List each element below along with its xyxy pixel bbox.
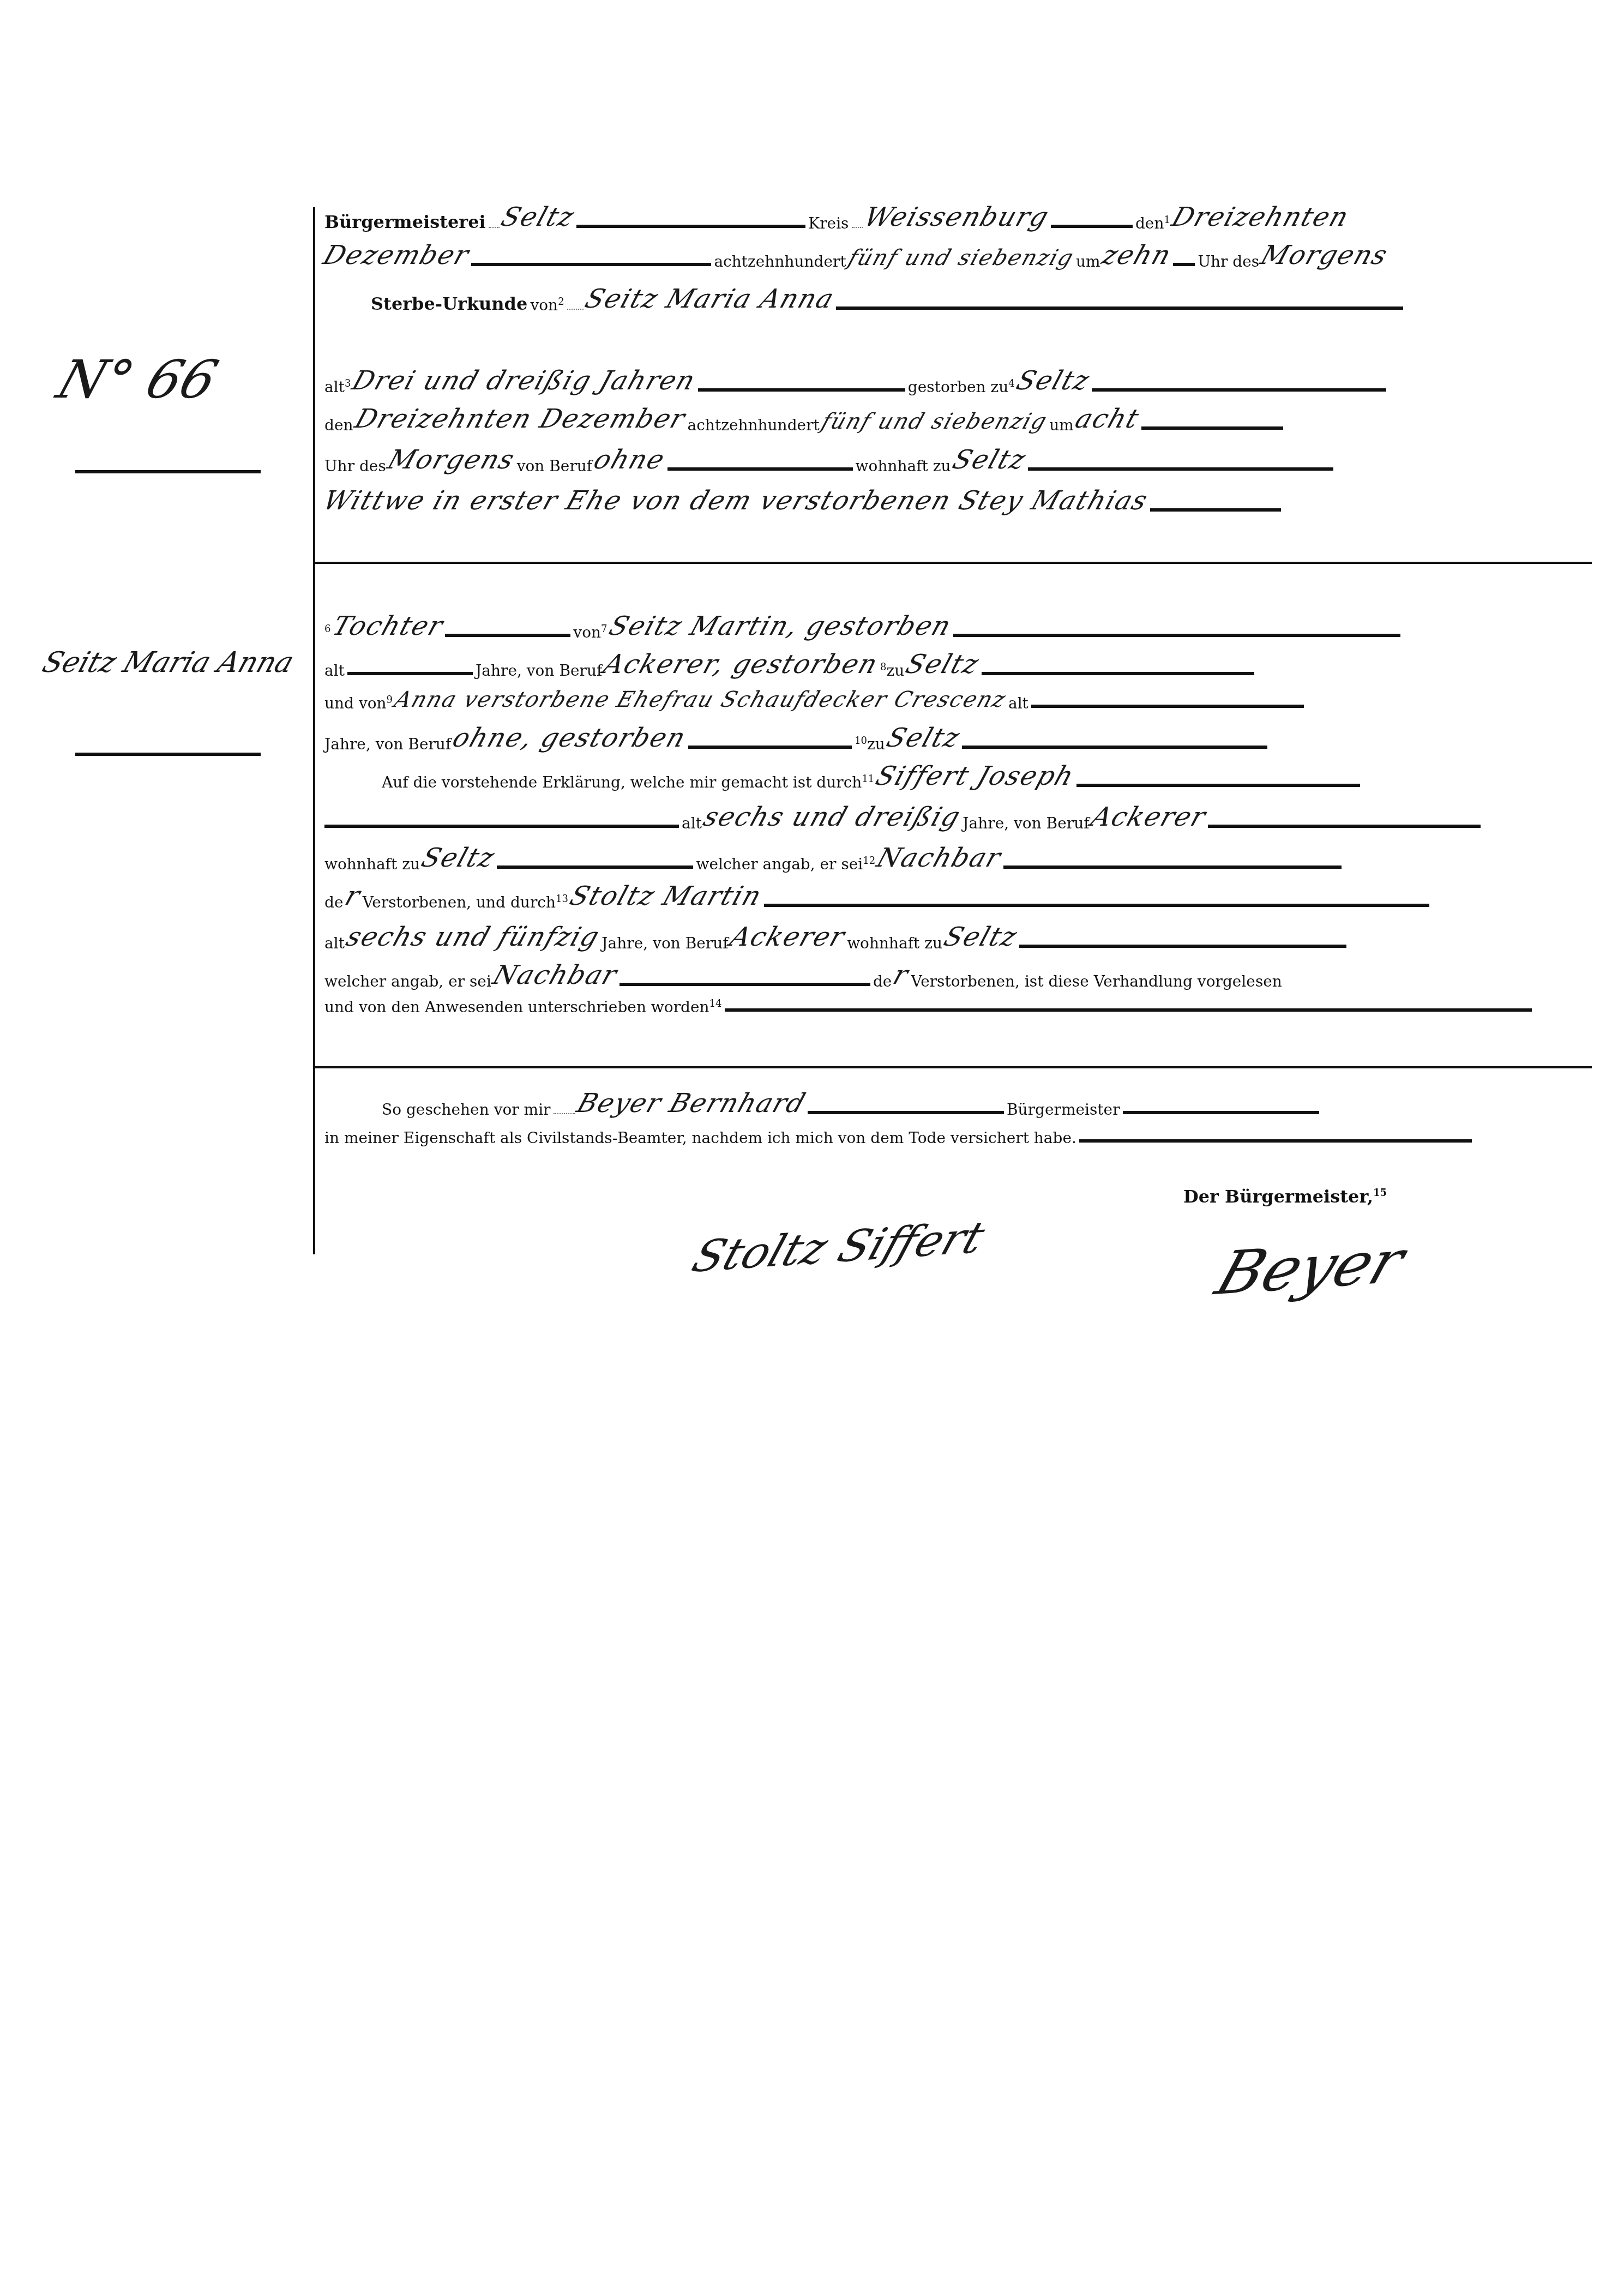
parents-row-mother-occupation: Jahre, von Beruf ohne, gestorben 10zu Se… [324, 723, 1590, 755]
label-alt: alt [324, 662, 345, 680]
witness2-relation-value: Nachbar [489, 960, 622, 990]
record-number: N° 66 [50, 349, 225, 410]
witness2-row-relation: welcher angab, er sei Nachbar de r Verst… [324, 960, 1590, 993]
date-year-value: fünf und siebenzig [845, 245, 1077, 271]
mayor-name-value: Beyer Bernhard [573, 1088, 810, 1119]
label-achtzehnhundert: achtzehnhundert [714, 253, 846, 271]
mayor-signature: Beyer [1207, 1227, 1413, 1308]
death-place-value: Seltz [1013, 365, 1094, 396]
deceased-name-value: Seitz Maria Anna [581, 284, 839, 314]
father-place-value: Seltz [902, 649, 983, 680]
label-de: de [324, 893, 344, 911]
form-left-border [313, 207, 315, 1254]
label-um: um [1049, 416, 1074, 434]
witness2-residence-value: Seltz [940, 922, 1021, 952]
label-welcher-angab: welcher angab, er sei [324, 972, 491, 990]
label-so-geschehen: So geschehen vor mir [382, 1101, 550, 1119]
parents-row-mother: und von9 Anna verstorbene Ehefrau Schauf… [324, 687, 1590, 720]
label-welcher-angab: welcher angab, er sei12 [696, 855, 875, 873]
mother-place-value: Seltz [883, 723, 964, 753]
label-sterbe-urkunde: Sterbe-Urkunde [371, 293, 527, 314]
label-wohnhaft-zu: wohnhaft zu [847, 934, 942, 952]
time-hour-value: zehn [1098, 240, 1176, 271]
label-signed: und von den Anwesenden unterschrieben wo… [324, 998, 721, 1016]
label-den: den [324, 416, 353, 434]
death-row-date: den Dreizehnten Dezember achtzehnhundert… [324, 404, 1590, 436]
label-und-von: und von9 [324, 694, 393, 712]
label-jahre-von-beruf: Jahre, von Beruf [324, 735, 451, 753]
header-row-1: Bürgermeisterei Seltz Kreis Weissenburg … [324, 202, 1590, 235]
relation-value: Tochter [328, 611, 447, 641]
label-zu: 8zu [880, 662, 904, 680]
label-um: um [1076, 253, 1100, 271]
time-period-value: Morgens [1257, 240, 1392, 271]
label-buergermeister: Bürgermeister [1007, 1101, 1120, 1119]
margin-deceased-name: Seitz Maria Anna [38, 646, 298, 679]
section-rule [313, 1066, 1592, 1068]
witness1-residence-value: Seltz [418, 843, 499, 873]
label-verstorbenen-und-durch: Verstorbenen, und durch13 [363, 893, 568, 911]
label-jahre-von-beruf: Jahre, von Beruf [476, 662, 602, 680]
label-wohnhaft-zu: wohnhaft zu [856, 457, 951, 475]
parents-row-father: 6 Tochter von7 Seitz Martin, gestorben [324, 611, 1590, 644]
remark-value: Wittwe in erster Ehe von dem verstorbene… [320, 485, 1152, 516]
label-alt: alt [682, 814, 702, 832]
label-von-beruf: von Beruf [517, 457, 593, 475]
parents-row-father-occupation: alt Jahre, von Beruf Ackerer, gestorben … [324, 649, 1590, 682]
label-der-buergermeister: Der Bürgermeister,15 [1183, 1186, 1387, 1207]
buergermeisterei-value: Seltz [497, 202, 579, 232]
section-rule [313, 562, 1592, 564]
label-zu: 10zu [855, 735, 885, 753]
kreis-value: Weissenburg [861, 202, 1053, 232]
witness2-name-value: Stoltz Martin [566, 881, 766, 911]
declaration-intro-text: Auf die vorstehende Erklärung, welche mi… [382, 773, 874, 791]
death-row-age: alt3 Drei und dreißig Jahren gestorben z… [324, 365, 1590, 398]
label-de: de [873, 972, 892, 990]
death-row-time: Uhr des Morgens von Beruf ohne wohnhaft … [324, 444, 1590, 477]
attestation-row-2: in meiner Eigenschaft als Civilstands-Be… [324, 1129, 1590, 1162]
label-uhr-des: Uhr des [1198, 253, 1259, 271]
witness2-occupation-value: Ackerer [726, 922, 850, 952]
label-von: von2 [530, 296, 564, 314]
label-den: den1 [1135, 214, 1170, 232]
declaration-signed: und von den Anwesenden unterschrieben wo… [324, 998, 1590, 1031]
witness1-occupation-value: Ackerer [1087, 802, 1211, 832]
declaration-intro: Auf die vorstehende Erklärung, welche mi… [382, 761, 1624, 794]
label-kreis: Kreis [808, 214, 849, 232]
death-row-remark: Wittwe in erster Ehe von dem verstorbene… [324, 485, 1590, 518]
father-occupation-value: Ackerer, gestorben [600, 649, 882, 680]
label-jahre-von-beruf: Jahre, von Beruf [602, 934, 728, 952]
margin-divider [75, 753, 261, 756]
date-day-value: Dreizehnten [1168, 202, 1354, 232]
label-buergermeisterei: Bürgermeisterei [324, 212, 486, 232]
death-hour-value: acht [1072, 404, 1144, 434]
witness1-relation-value: Nachbar [873, 843, 1006, 873]
attestation-statement: in meiner Eigenschaft als Civilstands-Be… [324, 1129, 1076, 1147]
label-gestorben-zu: gestorben zu4 [908, 378, 1015, 396]
label-jahre-von-beruf: Jahre, von Beruf [963, 814, 1089, 832]
label-closing: Verstorbenen, ist diese Verhandlung vorg… [911, 972, 1282, 990]
header-row-3: Sterbe-Urkunde von2 Seitz Maria Anna [371, 284, 1624, 316]
label-alt: alt [1008, 694, 1028, 712]
header-row-2: Dezember achtzehnhundert fünf und sieben… [324, 240, 1590, 273]
witness2-row-age: alt sechs und fünfzig Jahre, von Beruf A… [324, 922, 1590, 954]
witness1-name-value: Siffert Joseph [872, 761, 1079, 791]
witness1-age-value: sechs und dreißig [700, 802, 965, 832]
date-month-value: Dezember [320, 240, 473, 271]
witness2-row-name: de r Verstorbenen, und durch13 Stoltz Ma… [324, 881, 1590, 913]
occupation-value: ohne [590, 444, 669, 475]
margin-divider [75, 470, 261, 473]
label-achtzehnhundert: achtzehnhundert [687, 416, 819, 434]
witness1-row-residence: wohnhaft zu Seltz welcher angab, er sei1… [324, 843, 1590, 875]
witness2-age-value: sechs und fünfzig [342, 922, 604, 952]
attestation-row-1: So geschehen vor mir Beyer Bernhard Bürg… [382, 1088, 1624, 1121]
label-uhr-des: Uhr des [324, 457, 386, 475]
residence-value: Seltz [949, 444, 1030, 475]
witness1-row-age: alt sechs und dreißig Jahre, von Beruf A… [324, 802, 1590, 834]
label-von: von7 [573, 623, 607, 641]
death-period-value: Morgens [384, 444, 519, 475]
death-date-value: Dreizehnten Dezember [351, 404, 690, 434]
age-value: Drei und dreißig Jahren [348, 365, 700, 396]
de-suffix-value: r [889, 960, 913, 990]
label-wohnhaft-zu: wohnhaft zu [324, 855, 420, 873]
father-value: Seitz Martin, gestorben [605, 611, 955, 641]
witness-signatures: Stoltz Siffert [686, 1212, 991, 1282]
mother-occupation-value: ohne, gestorben [449, 723, 690, 753]
label-alt: alt [324, 934, 345, 952]
de-suffix-value: r [341, 881, 364, 911]
label-alt: alt3 [324, 378, 351, 396]
mother-value: Anna verstorbene Ehefrau Schaufdecker Cr… [392, 687, 1010, 712]
death-year-value: fünf und siebenzig [818, 409, 1050, 434]
